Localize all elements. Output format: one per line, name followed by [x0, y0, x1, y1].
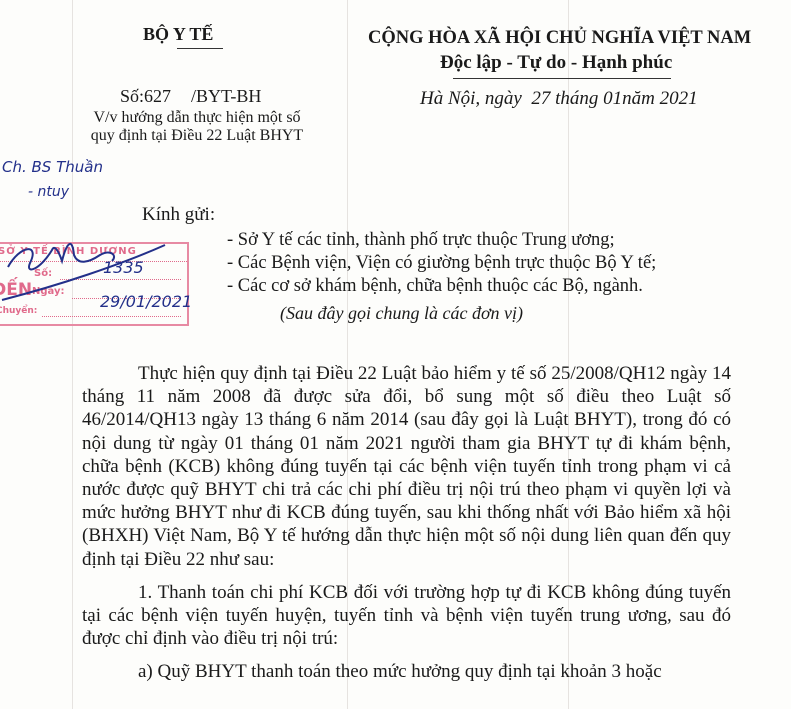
motto-underline — [453, 78, 671, 79]
subject-line-2: quy định tại Điều 22 Luật BHYT — [77, 127, 317, 145]
recipient-note: (Sau đây gọi chung là các đơn vị) — [280, 303, 523, 324]
document-subject: V/v hướng dẫn thực hiện một số quy định … — [77, 109, 317, 145]
recipient-item: - Các Bệnh viện, Viện có giường bệnh trự… — [227, 253, 656, 274]
ministry-underline — [177, 48, 223, 49]
body-paragraph: Thực hiện quy định tại Điều 22 Luật bảo … — [82, 362, 731, 571]
ministry-name: BỘ Y TẾ — [143, 24, 213, 45]
body-paragraph: a) Quỹ BHYT thanh toán theo mức hưởng qu… — [82, 660, 731, 683]
document-number: Số:627/BYT-BH — [120, 86, 261, 107]
signature-icon — [0, 225, 230, 305]
greeting: Kính gửi: — [142, 204, 215, 226]
handwritten-note: Ch. BS Thuần — [2, 158, 103, 176]
doc-number-value: 627 — [144, 86, 171, 106]
doc-number-prefix: Số: — [120, 86, 144, 106]
stamp-chuyen-label: Chuyển: — [0, 306, 37, 316]
year-label: năm — [622, 88, 655, 109]
place-date: Hà Nội, ngày 27 tháng 01năm 2021 — [420, 88, 698, 110]
republic-title: CỘNG HÒA XÃ HỘI CHỦ NGHĨA VIỆT NAM — [368, 28, 751, 49]
subject-line-1: V/v hướng dẫn thực hiện một số — [77, 109, 317, 127]
place-label: Hà Nội, ngày — [420, 88, 522, 109]
document-body: Thực hiện quy định tại Điều 22 Luật bảo … — [82, 362, 731, 684]
date-month: 01 — [603, 88, 622, 109]
national-motto: Độc lập - Tự do - Hạnh phúc — [440, 52, 672, 74]
body-paragraph: 1. Thanh toán chi phí KCB đối với trường… — [82, 581, 731, 651]
recipient-item: - Các cơ sở khám bệnh, chữa bệnh thuộc c… — [227, 276, 643, 297]
handwritten-note-2: - ntuy — [28, 184, 69, 200]
date-year: 2021 — [660, 88, 698, 109]
date-day: 27 — [531, 88, 550, 109]
page-fold-line — [72, 0, 73, 709]
recipient-item: - Sở Y tế các tỉnh, thành phố trực thuộc… — [227, 230, 615, 251]
doc-number-suffix: /BYT-BH — [191, 86, 261, 106]
month-label: tháng — [555, 88, 598, 109]
